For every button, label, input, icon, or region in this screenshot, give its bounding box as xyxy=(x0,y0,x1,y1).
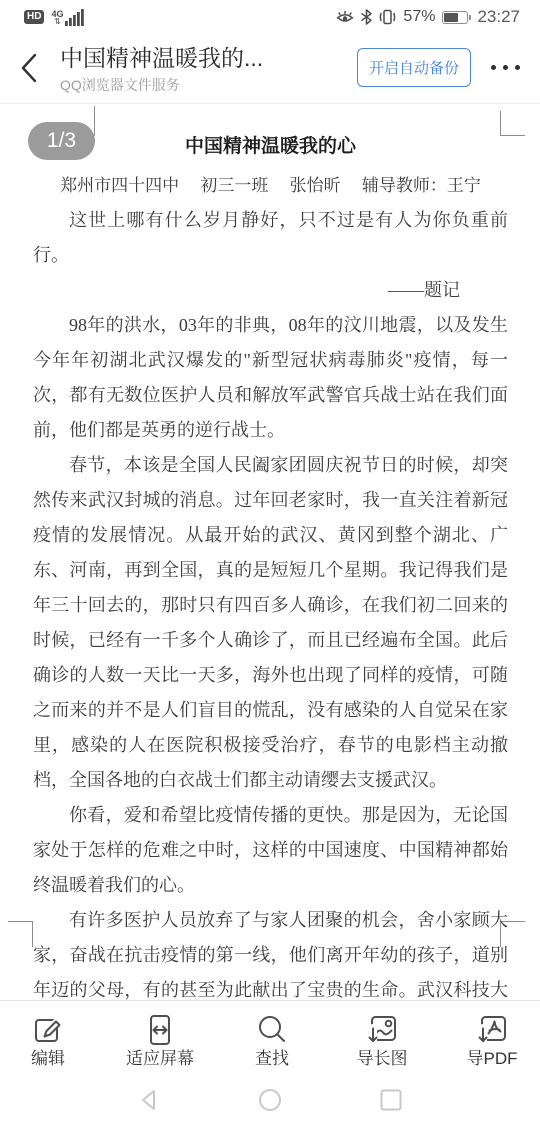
vibrate-icon xyxy=(379,9,396,25)
file-service-subtitle: QQ浏览器文件服务 xyxy=(60,75,349,95)
edit-icon xyxy=(31,1013,65,1047)
nav-recents-button[interactable] xyxy=(379,1088,403,1112)
android-nav-bar xyxy=(0,1078,540,1122)
tool-label: 查找 xyxy=(255,1050,289,1068)
epigraph-attribution: ——题记 xyxy=(33,273,508,308)
status-bar: HD 4G ⇅ xyxy=(0,0,540,32)
export-pdf-button[interactable]: 导PDF xyxy=(460,1013,524,1068)
tool-label: 编辑 xyxy=(31,1050,65,1068)
header: 中国精神温暖我的... QQ浏览器文件服务 开启自动备份 xyxy=(0,32,540,103)
document-byline: 郑州市四十四中 初三一班 张怡昕 辅导教师：王宁 xyxy=(33,168,508,203)
document-viewer[interactable]: 1/3 中国精神温暖我的心 郑州市四十四中 初三一班 张怡昕 辅导教师：王宁 这… xyxy=(0,104,540,1000)
document-title: 中国精神温暖我的心 xyxy=(33,132,508,162)
nav-back-button[interactable] xyxy=(137,1088,161,1112)
more-menu-button[interactable] xyxy=(487,59,524,76)
hd-badge: HD xyxy=(24,10,44,24)
fit-screen-icon xyxy=(143,1013,177,1047)
file-title: 中国精神温暖我的... xyxy=(60,40,349,73)
network-arrows-icon: ⇅ xyxy=(54,18,61,26)
nav-home-button[interactable] xyxy=(258,1088,282,1112)
signal-bars-icon xyxy=(65,8,85,26)
auto-backup-button[interactable]: 开启自动备份 xyxy=(357,48,471,87)
document-paragraph: 98年的洪水，03年的非典，08年的汶川地震，以及发生今年年初湖北武汉爆发的"新… xyxy=(33,308,508,448)
export-long-image-icon xyxy=(365,1013,399,1047)
document-content: 中国精神温暖我的心 郑州市四十四中 初三一班 张怡昕 辅导教师：王宁 这世上哪有… xyxy=(0,104,540,1000)
back-triangle-icon xyxy=(137,1088,161,1112)
eye-comfort-icon xyxy=(336,10,354,24)
bottom-toolbar: 编辑 适应屏幕 查找 xyxy=(0,1000,540,1078)
edit-button[interactable]: 编辑 xyxy=(16,1013,80,1068)
battery-icon xyxy=(442,11,468,24)
export-long-image-button[interactable]: 导长图 xyxy=(350,1013,414,1068)
recents-square-icon xyxy=(379,1088,403,1112)
battery-percent-label: 57% xyxy=(403,8,435,26)
clock-label: 23:27 xyxy=(477,7,520,27)
export-pdf-icon xyxy=(475,1013,509,1047)
document-epigraph: 这世上哪有什么岁月静好，只不过是有人为你负重前行。 xyxy=(33,203,508,273)
home-circle-icon xyxy=(258,1088,282,1112)
fit-screen-button[interactable]: 适应屏幕 xyxy=(126,1013,194,1068)
document-paragraph: 你看，爱和希望比疫情传播的更快。那是因为，无论国家处于怎样的危难之中时，这样的中… xyxy=(33,798,508,903)
tool-label: 适应屏幕 xyxy=(126,1050,194,1068)
header-title-block: 中国精神温暖我的... QQ浏览器文件服务 xyxy=(60,40,349,95)
back-chevron-icon xyxy=(20,53,38,83)
bluetooth-icon xyxy=(361,9,372,25)
document-paragraph: 有许多医护人员放弃了与家人团聚的机会，舍小家顾大家，奋战在抗击疫情的第一线，他们… xyxy=(33,903,508,1000)
network-indicator: 4G ⇅ xyxy=(51,8,85,26)
back-button[interactable] xyxy=(20,48,50,88)
tool-label: 导长图 xyxy=(357,1050,408,1068)
tool-label: 导PDF xyxy=(467,1050,518,1068)
page-indicator-badge: 1/3 xyxy=(28,122,95,160)
search-icon xyxy=(255,1013,289,1047)
find-button[interactable]: 查找 xyxy=(240,1013,304,1068)
document-paragraph: 春节，本该是全国人民阖家团圆庆祝节日的时候，却突然传来武汉封城的消息。过年回老家… xyxy=(33,448,508,798)
phone-screen: HD 4G ⇅ xyxy=(0,0,540,1122)
